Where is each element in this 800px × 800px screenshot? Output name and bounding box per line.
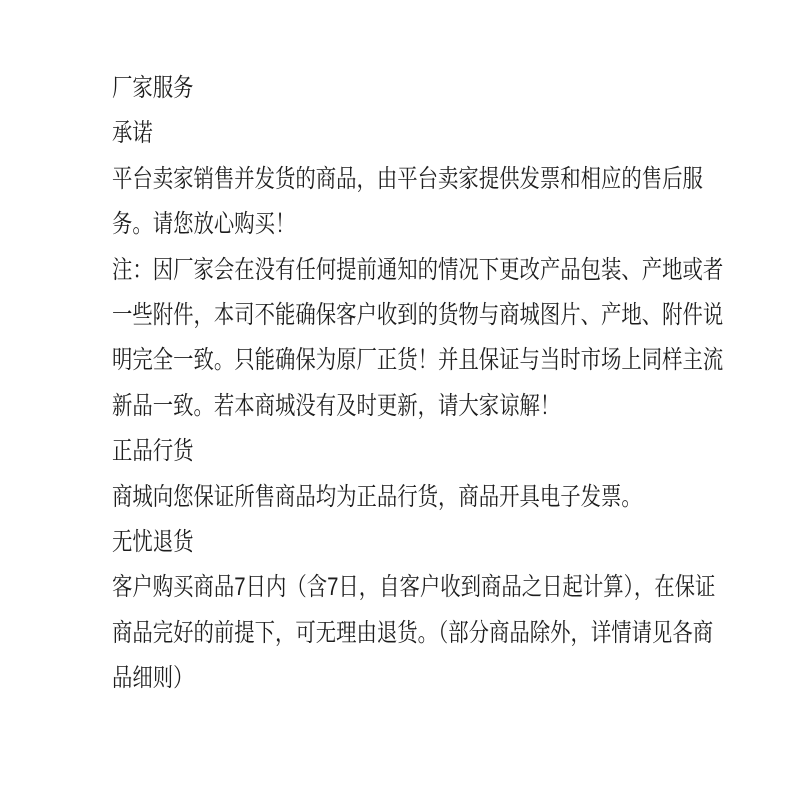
returns-paragraph-line: 客户购买商品7日内（含7日，自客户收到商品之日起计算），在保证	[112, 565, 723, 610]
promise-paragraph-line: 务。请您放心购买！	[112, 202, 723, 247]
section-heading-returns: 无忧退货	[112, 520, 723, 565]
note-paragraph-line: 新品一致。若本商城没有及时更新，请大家谅解！	[112, 384, 723, 429]
service-description-page: 厂家服务 承诺 平台卖家销售并发货的商品，由平台卖家提供发票和相应的售后服 务。…	[0, 0, 800, 800]
section-heading-promise: 承诺	[112, 111, 723, 156]
note-paragraph-line: 明完全一致。只能确保为原厂正货！并且保证与当时市场上同样主流	[112, 338, 723, 383]
note-paragraph-line: 一些附件，本司不能确保客户收到的货物与商城图片、产地、附件说	[112, 293, 723, 338]
page-title: 厂家服务	[112, 66, 723, 111]
note-paragraph-line: 注：因厂家会在没有任何提前通知的情况下更改产品包装、产地或者	[112, 248, 723, 293]
service-text-block: 厂家服务 承诺 平台卖家销售并发货的商品，由平台卖家提供发票和相应的售后服 务。…	[112, 66, 723, 701]
section-heading-genuine: 正品行货	[112, 429, 723, 474]
returns-paragraph-line: 品细则）	[112, 656, 723, 701]
returns-paragraph-line: 商品完好的前提下，可无理由退货。（部分商品除外，详情请见各商	[112, 611, 723, 656]
genuine-paragraph-line: 商城向您保证所售商品均为正品行货，商品开具电子发票。	[112, 475, 723, 520]
promise-paragraph-line: 平台卖家销售并发货的商品，由平台卖家提供发票和相应的售后服	[112, 157, 723, 202]
